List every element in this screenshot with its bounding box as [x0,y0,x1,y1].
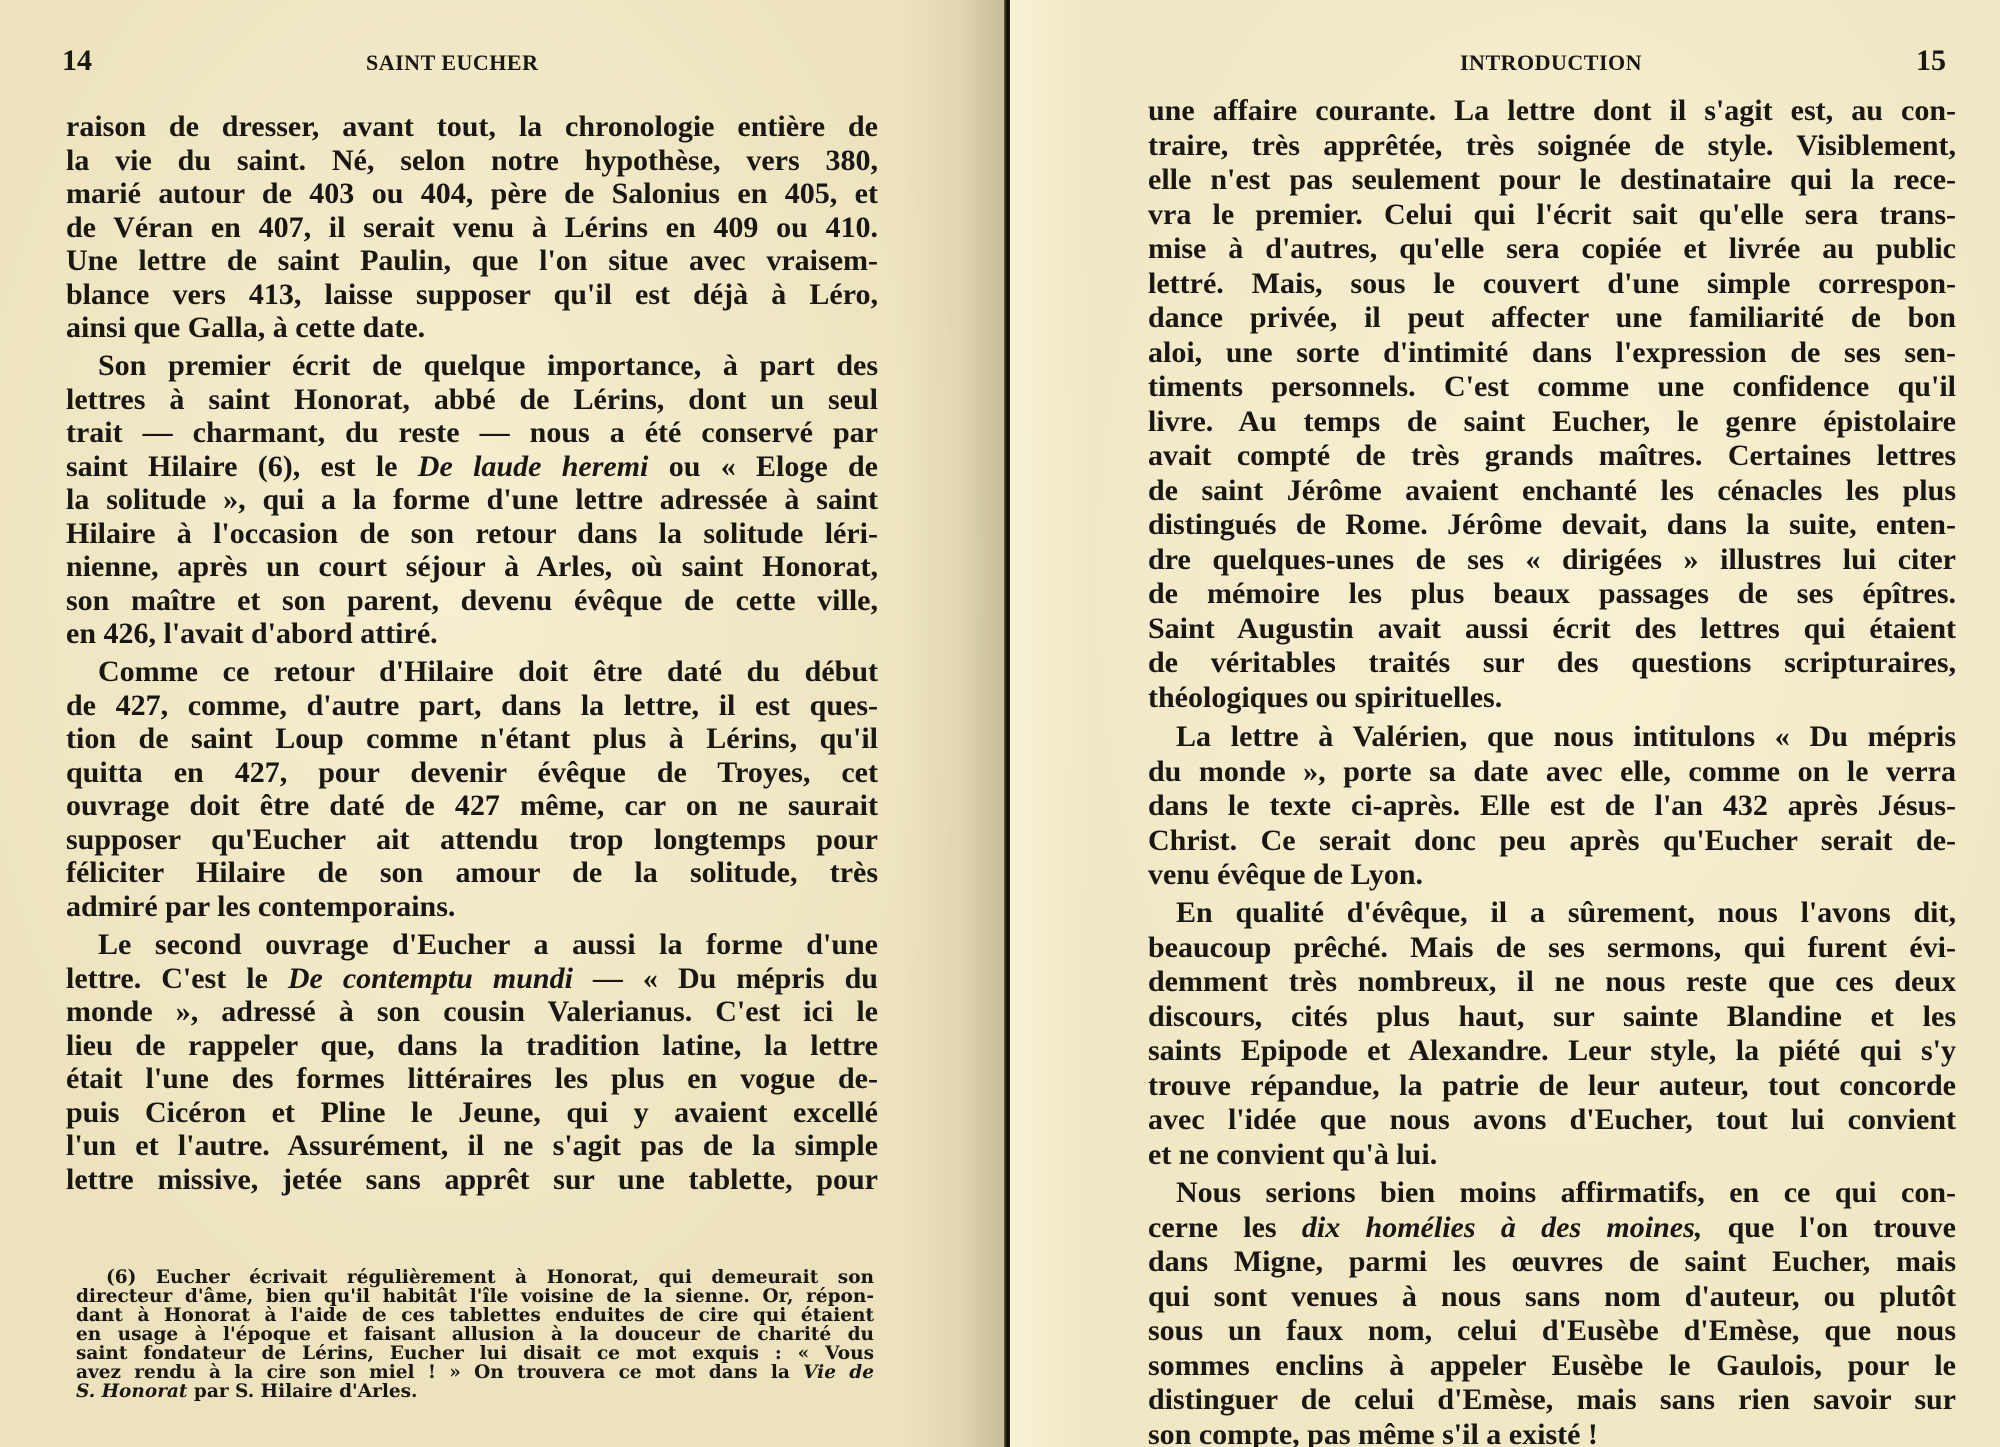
text-line: marié autour de 403 ou 404, père de Salo… [66,177,878,211]
text-line: trait — charmant, du reste — nous a été … [66,416,878,450]
text-line: discours, cités plus haut, sur sainte Bl… [1148,1000,1956,1034]
text-line: quitta en 427, pour devenir évêque de Tr… [66,756,878,790]
text-line: de mémoire les plus beaux passages de se… [1148,577,1956,611]
text-line: dant à Honorat à l'aide de ces tablettes… [76,1306,874,1325]
text-line: Nous serions bien moins affirmatifs, en … [1176,1176,1956,1210]
text-line: du monde », porte sa date avec elle, com… [1148,755,1956,789]
right-page: INTRODUCTION 15 une affaire courante. La… [1010,0,2000,1447]
text-line: son maître et son parent, devenu évêque … [66,584,878,618]
running-head: SAINT EUCHER [366,50,538,76]
italic-title: Vie de [803,1362,874,1383]
text-line: nienne, après un court séjour à Arles, o… [66,550,878,584]
text-line: beaucoup prêché. Mais de ses sermons, qu… [1148,931,1956,965]
text-line: livre. Au temps de saint Eucher, le genr… [1148,405,1956,439]
text-line: dance privée, il peut affecter une famil… [1148,301,1956,335]
text-line: trouve répandue, la patrie de leur auteu… [1148,1069,1956,1103]
page-number: 14 [62,44,92,78]
text-line: lettre. C'est le De contemptu mundi — « … [66,962,878,996]
text-line: avec l'idée que nous avons d'Eucher, tou… [1148,1103,1956,1137]
text-line: lettres à saint Honorat, abbé de Lérins,… [66,383,878,417]
text-line: Comme ce retour d'Hilaire doit être daté… [98,655,878,689]
italic-title: De contemptu mundi [288,962,573,995]
text-line: vra le premier. Celui qui l'écrit sait q… [1148,198,1956,232]
text-line: l'un et l'autre. Assurément, il ne s'agi… [66,1129,878,1163]
left-page: 14 SAINT EUCHER raison de dresser, avant… [0,0,1006,1447]
text-line: avez rendu à la cire son miel ! » On tro… [76,1363,874,1382]
text-line: la solitude », qui a la forme d'une lett… [66,483,878,517]
text-line: distingués de Rome. Jérôme devait, dans … [1148,508,1956,542]
text-line: raison de dresser, avant tout, la chrono… [66,110,878,144]
text-line: Hilaire à l'occasion de son retour dans … [66,517,878,551]
text-line: cerne les dix homélies à des moines, que… [1148,1211,1956,1245]
text-line: traire, très apprêtée, très soignée de s… [1148,129,1956,163]
text-line: tion de saint Loup comme n'étant plus à … [66,722,878,756]
text-line: supposer qu'Eucher ait attendu trop long… [66,823,878,857]
text-line: S. Honorat par S. Hilaire d'Arles. [76,1382,874,1401]
text-line: elle n'est pas seulement pour le destina… [1148,163,1956,197]
text-line: son compte, pas même s'il a existé ! [1148,1418,1956,1447]
text-line: En qualité d'évêque, il a sûrement, nous… [1176,896,1956,930]
text-line: Son premier écrit de quelque importance,… [98,349,878,383]
text-line: en usage à l'époque et faisant allusion … [76,1325,874,1344]
text-line: théologiques ou spirituelles. [1148,681,1956,715]
text-line: saint fondateur de Lérins, Eucher lui di… [76,1344,874,1363]
text-line: distinguer de celui d'Emèse, mais sans r… [1148,1383,1956,1417]
text-line: demment très nombreux, il ne nous reste … [1148,965,1956,999]
page-number: 15 [1916,44,1946,78]
text-line: dre quelques-unes de ses « dirigées » il… [1148,543,1956,577]
text-line: de 427, comme, d'autre part, dans la let… [66,689,878,723]
text-line: monde », adressé à son cousin Valerianus… [66,995,878,1029]
text-line: en 426, l'avait d'abord attiré. [66,617,878,651]
text-line: lettre missive, jetée sans apprêt sur un… [66,1163,878,1197]
text-line: timents personnels. C'est comme une conf… [1148,370,1956,404]
text-line: qui sont venues à nous sans nom d'auteur… [1148,1280,1956,1314]
italic-title: De laude heremi [418,450,649,483]
text-line: sous un faux nom, celui d'Eusèbe d'Emèse… [1148,1314,1956,1348]
text-line: ouvrage doit être daté de 427 même, car … [66,789,878,823]
text-line: féliciter Hilaire de son amour de la sol… [66,856,878,890]
text-line: mise à d'autres, qu'elle sera copiée et … [1148,232,1956,266]
text-line: saints Epipode et Alexandre. Leur style,… [1148,1034,1956,1068]
italic-title: dix homélies à des moines, [1302,1211,1702,1244]
text-line: blance vers 413, laisse supposer qu'il e… [66,278,878,312]
text-line: ainsi que Galla, à cette date. [66,311,878,345]
text-line: lieu de rappeler que, dans la tradition … [66,1029,878,1063]
text-line: puis Cicéron et Pline le Jeune, qui y av… [66,1096,878,1130]
text-line: venu évêque de Lyon. [1148,858,1956,892]
text-line: Le second ouvrage d'Eucher a aussi la fo… [98,928,878,962]
text-line: de Véran en 407, il serait venu à Lérins… [66,211,878,245]
text-line: Christ. Ce serait donc peu après qu'Euch… [1148,824,1956,858]
text-line: admiré par les contemporains. [66,890,878,924]
text-line: avait compté de très grands maîtres. Cer… [1148,439,1956,473]
text-line: La lettre à Valérien, que nous intitulon… [1176,720,1956,754]
text-line: dans Migne, parmi les œuvres de saint Eu… [1148,1245,1956,1279]
running-head: INTRODUCTION [1460,50,1642,76]
text-line: une affaire courante. La lettre dont il … [1148,94,1956,128]
text-line: saint Hilaire (6), est le De laude herem… [66,450,878,484]
text-line: lettré. Mais, sous le couvert d'une simp… [1148,267,1956,301]
text-line: sommes enclins à appeler Eusèbe le Gaulo… [1148,1349,1956,1383]
text-line: était l'une des formes littéraires les p… [66,1062,878,1096]
text-line: aloi, une sorte d'intimité dans l'expres… [1148,336,1956,370]
text-line: dans le texte ci-après. Elle est de l'an… [1148,789,1956,823]
text-line: de véritables traités sur des questions … [1148,646,1956,680]
text-line: Saint Augustin avait aussi écrit des let… [1148,612,1956,646]
text-line: de saint Jérôme avaient enchanté les cén… [1148,474,1956,508]
text-line: (6) Eucher écrivait régulièrement à Hono… [106,1268,874,1287]
text-line: directeur d'âme, bien qu'il habitât l'îl… [76,1287,874,1306]
text-line: la vie du saint. Né, selon notre hypothè… [66,144,878,178]
text-line: Une lettre de saint Paulin, que l'on sit… [66,244,878,278]
text-line: et ne convient qu'à lui. [1148,1138,1956,1172]
italic-title: S. Honorat [76,1381,187,1402]
